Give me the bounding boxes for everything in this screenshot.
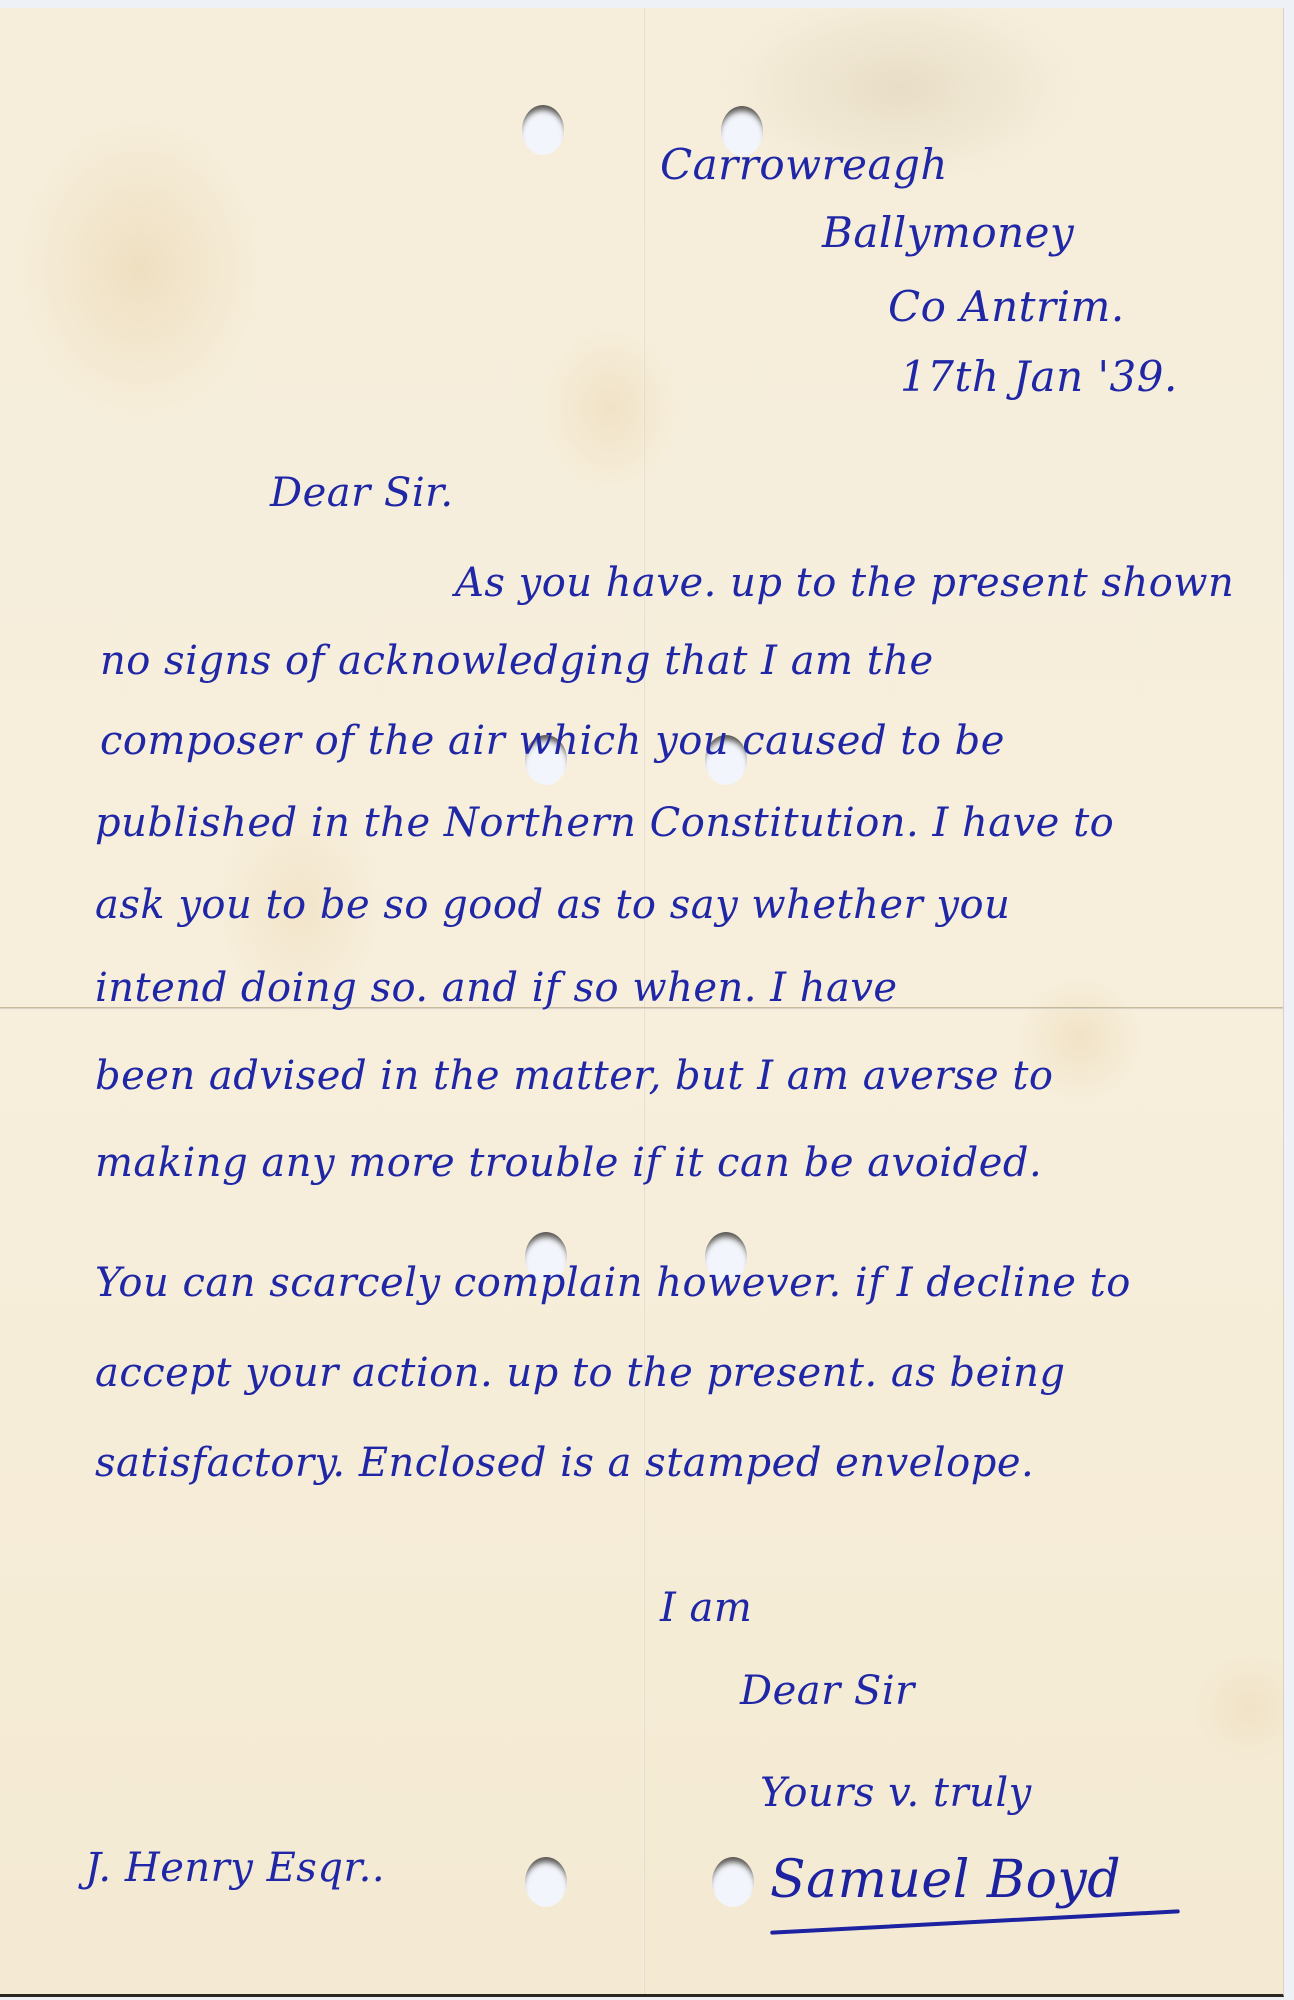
address-line-1: Carrowreagh [660, 140, 948, 189]
body-line: satisfactory. Enclosed is a stamped enve… [95, 1440, 1034, 1486]
body-line: making any more trouble if it can be avo… [95, 1140, 1042, 1186]
punch-hole-bottom-right [712, 1857, 754, 1907]
recipient-name: J. Henry Esqr.. [85, 1845, 385, 1891]
address-line-2: Ballymoney [822, 208, 1074, 257]
address-line-3: Co Antrim. [888, 282, 1125, 331]
body-line: composer of the air which you caused to … [100, 718, 1005, 764]
body-line: published in the Northern Constitution. … [95, 800, 1114, 846]
body-line: You can scarcely complain however. if I … [95, 1260, 1131, 1306]
closing-line-3: Yours v. truly [760, 1770, 1032, 1816]
body-line: no signs of acknowledging that I am the [100, 638, 934, 684]
punch-hole-top-left [522, 105, 564, 155]
body-line: been advised in the matter, but I am ave… [95, 1053, 1054, 1099]
salutation: Dear Sir. [270, 470, 454, 516]
signature: Samuel Boyd [770, 1850, 1121, 1910]
body-line: As you have. up to the present shown [455, 560, 1234, 606]
punch-hole-bottom-left [525, 1857, 567, 1907]
closing-line-2: Dear Sir [740, 1668, 915, 1714]
body-line: intend doing so. and if so when. I have [95, 965, 898, 1011]
letter-date: 17th Jan '39. [900, 352, 1178, 401]
body-line: accept your action. up to the present. a… [95, 1350, 1065, 1396]
closing-line-1: I am [660, 1585, 752, 1631]
body-line: ask you to be so good as to say whether … [95, 882, 1010, 928]
